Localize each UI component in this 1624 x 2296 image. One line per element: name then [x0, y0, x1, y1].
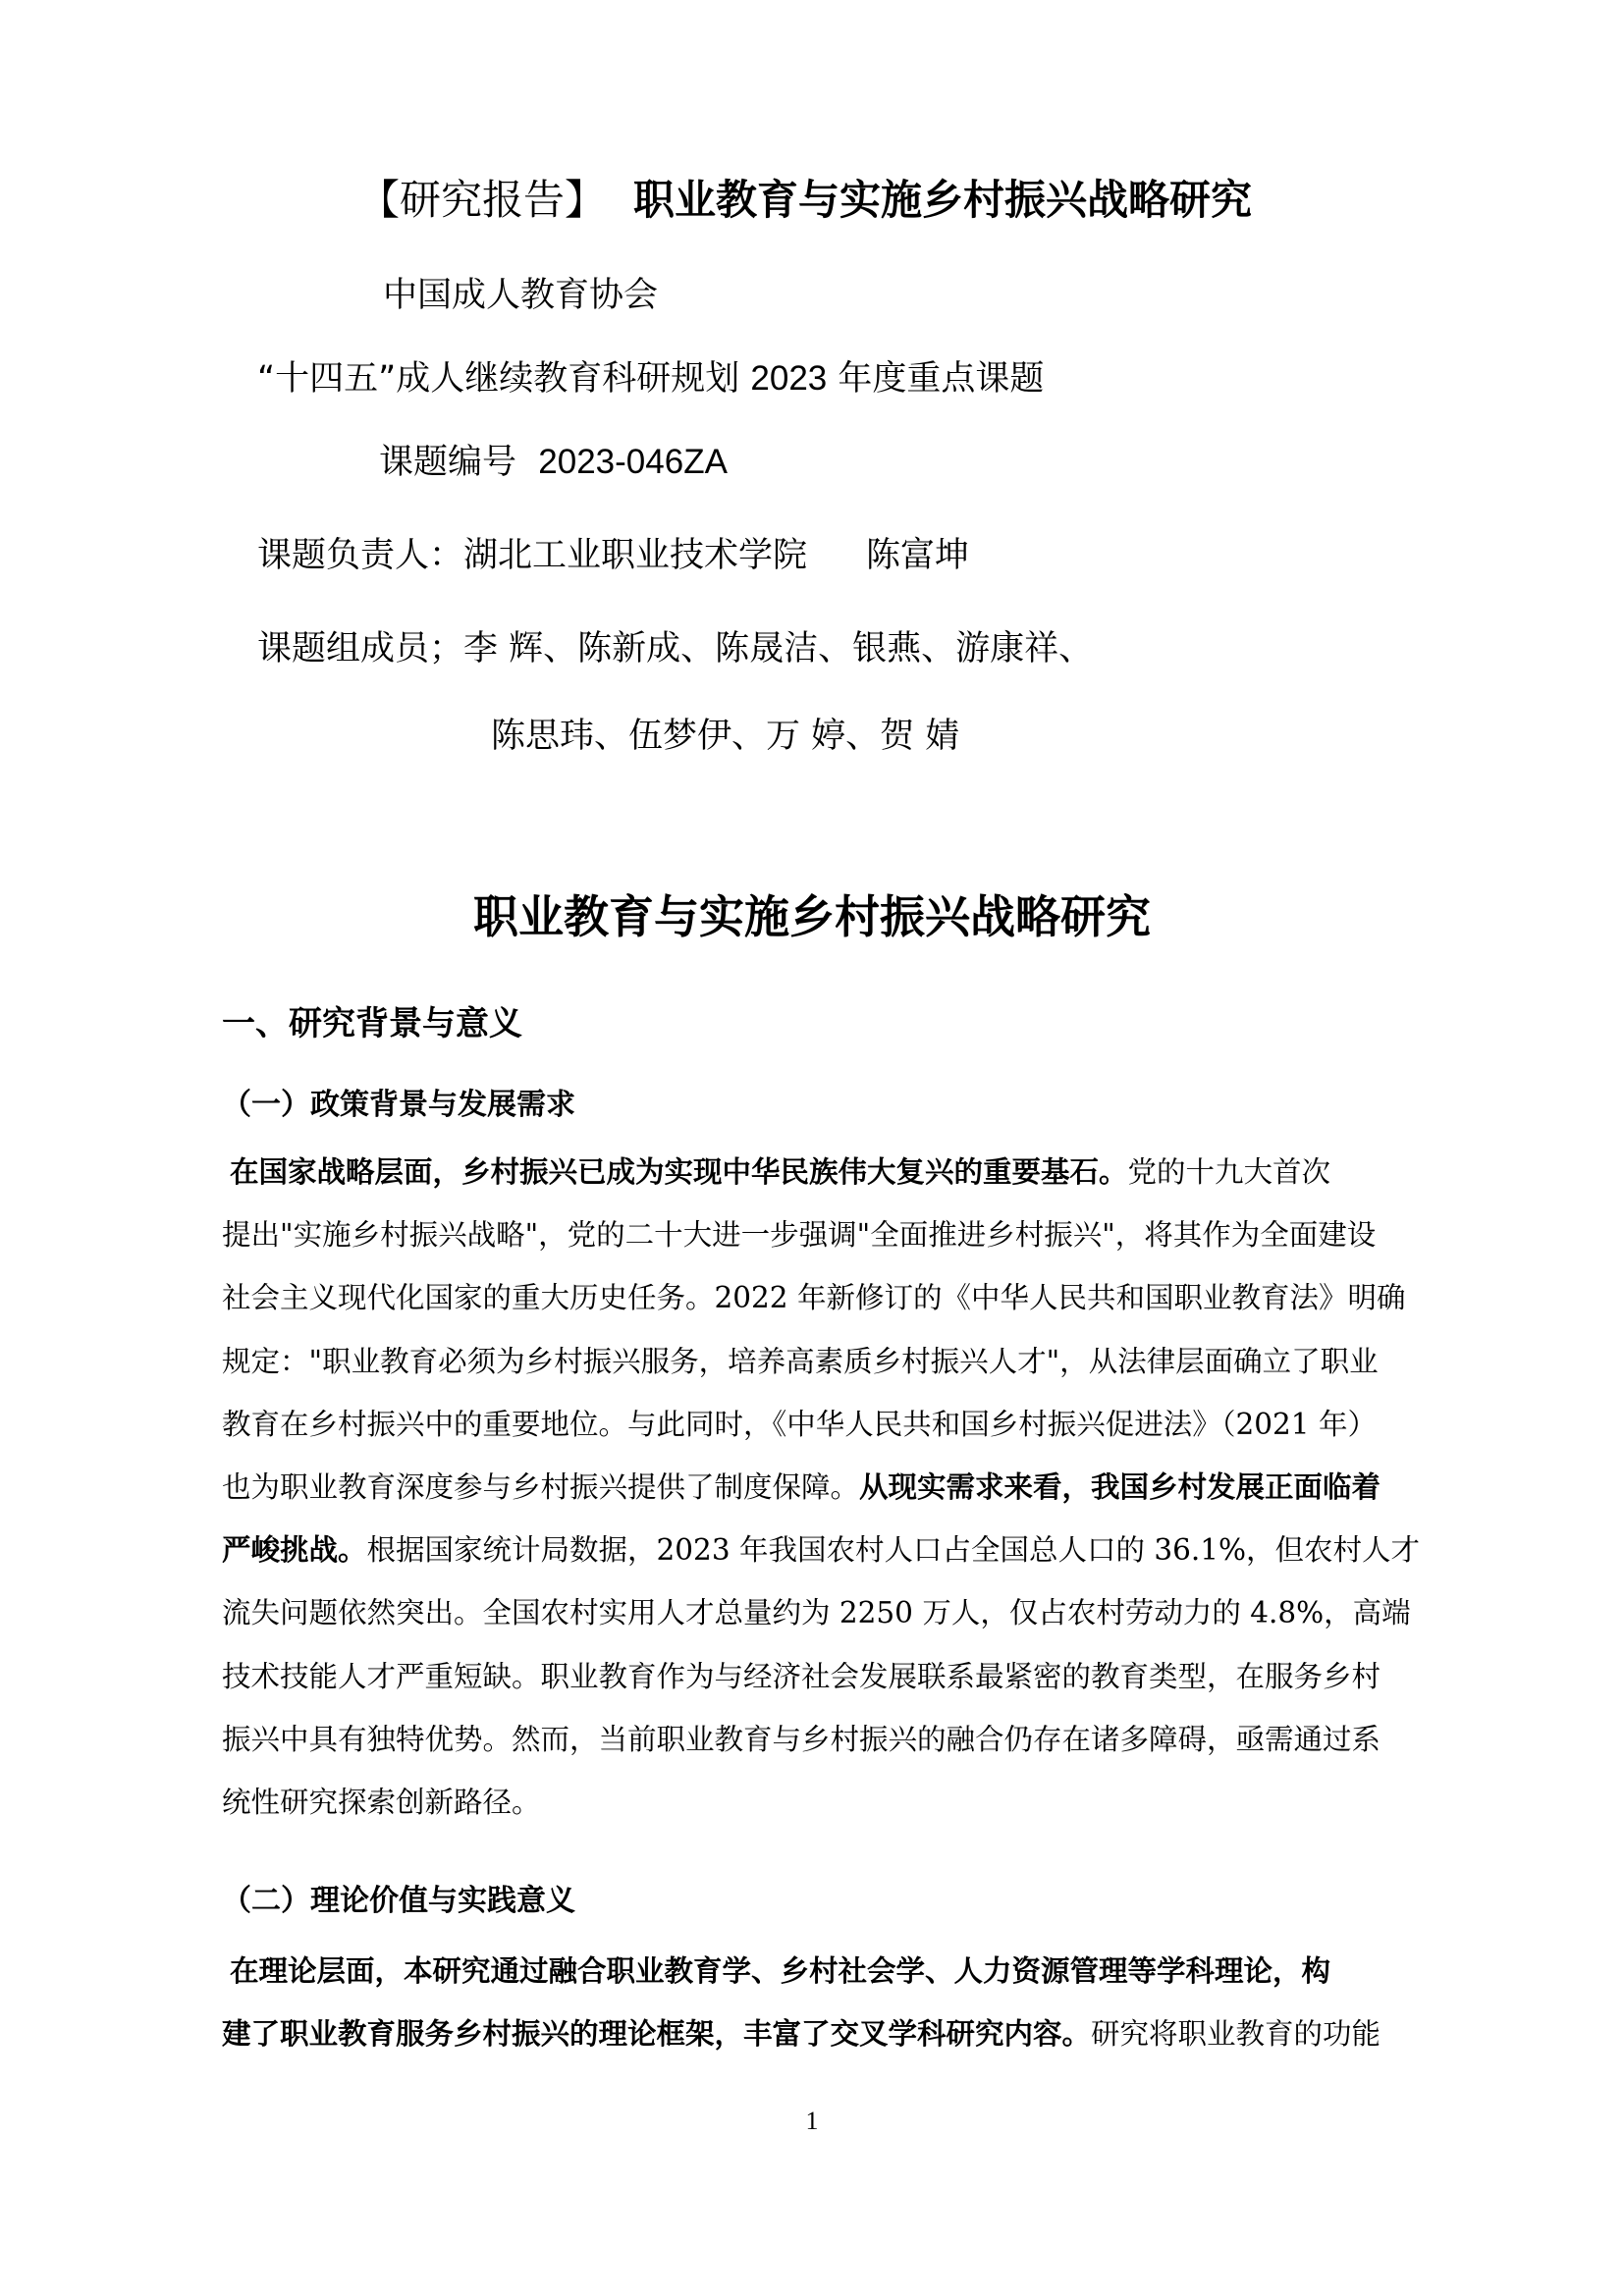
text-line: 流失问题依然突出。全国农村实用人才总量约为 2250 万人，仅占农村劳动力的 4… — [222, 1581, 1479, 1644]
project-code-label: 课题编号 — [379, 443, 516, 482]
report-tag: 【研究报告】 — [358, 176, 606, 224]
leader-label: 课题负责人： — [257, 536, 463, 575]
text-line: 也为职业教育深度参与乡村振兴提供了制度保障。从现实需求来看，我国乡村发展正面临着 — [222, 1456, 1479, 1519]
paragraph-policy-background: 在国家战略层面，乡村振兴已成为实现中华民族伟大复兴的重要基石。党的十九大首次 提… — [222, 1141, 1479, 1834]
text-line: 振兴中具有独特优势。然而，当前职业教育与乡村振兴的融合仍存在诸多障碍，亟需通过系 — [222, 1708, 1479, 1771]
subsection-heading-1: （一）政策背景与发展需求 — [222, 1085, 575, 1126]
leader-institution: 湖北工业职业技术学院 — [463, 536, 807, 575]
project-year: 2023 — [750, 359, 827, 398]
text-line: 社会主义现代化国家的重大历史任务。2022 年新修订的《中华人民共和国职业教育法… — [222, 1266, 1479, 1329]
document-title: 职业教育与实施乡村振兴战略研究 — [0, 887, 1624, 946]
text-line: 规定："职业教育必须为乡村振兴服务，培养高素质乡村振兴人才"，从法律层面确立了职… — [222, 1330, 1479, 1393]
paragraph-theoretical-value: 在理论层面，本研究通过融合职业教育学、乡村社会学、人力资源管理等学科理论，构 建… — [222, 1940, 1479, 2065]
text-line: 严峻挑战。根据国家统计局数据，2023 年我国农村人口占全国总人口的 36.1%… — [222, 1519, 1479, 1581]
text-line: 教育在乡村振兴中的重要地位。与此同时，《中华人民共和国乡村振兴促进法》（2021… — [222, 1393, 1479, 1456]
leader-line: 课题负责人：湖北工业职业技术学院陈富坤 — [257, 532, 969, 579]
report-header-title: 【研究报告】职业教育与实施乡村振兴战略研究 — [358, 173, 1252, 228]
text-line: 建了职业教育服务乡村振兴的理论框架，丰富了交叉学科研究内容。研究将职业教育的功能 — [222, 2002, 1479, 2065]
section-heading-1: 一、研究背景与意义 — [222, 1001, 522, 1046]
members-list-1: 李 辉、陈新成、陈晟洁、银燕、游康祥、 — [463, 629, 1093, 668]
document-page: 【研究报告】职业教育与实施乡村振兴战略研究 中国成人教育协会 “十四五”成人继续… — [0, 0, 1624, 2296]
text-line: 在国家战略层面，乡村振兴已成为实现中华民族伟大复兴的重要基石。党的十九大首次 — [222, 1141, 1479, 1203]
subsection-heading-2: （二）理论价值与实践意义 — [222, 1881, 575, 1922]
project-code-line: 课题编号 2023-046ZA — [379, 439, 728, 486]
page-number: 1 — [0, 2107, 1624, 2136]
report-title: 职业教育与实施乡村振兴战略研究 — [633, 176, 1252, 224]
leader-name: 陈富坤 — [866, 536, 969, 575]
text-line: 技术技能人才严重短缺。职业教育作为与经济社会发展联系最紧密的教育类型，在服务乡村 — [222, 1645, 1479, 1708]
members-label: 课题组成员； — [257, 629, 463, 668]
text-line: 统性研究探索创新路径。 — [222, 1771, 1479, 1834]
project-line-suffix: 年度重点课题 — [827, 359, 1044, 399]
text-line: 在理论层面，本研究通过融合职业教育学、乡村社会学、人力资源管理等学科理论，构 — [222, 1940, 1479, 2002]
project-line-prefix: “十四五”成人继续教育科研规划 — [257, 359, 750, 399]
project-line: “十四五”成人继续教育科研规划 2023 年度重点课题 — [257, 355, 1044, 402]
text-line: 提出"实施乡村振兴战略"，党的二十大进一步强调"全面推进乡村振兴"，将其作为全面… — [222, 1203, 1479, 1266]
members-line-2: 陈思玮、伍梦伊、万 婷、贺 婧 — [491, 713, 959, 760]
project-code: 2023-046ZA — [538, 443, 728, 481]
members-line-1: 课题组成员；李 辉、陈新成、陈晟洁、银燕、游康祥、 — [257, 625, 1093, 672]
organization: 中国成人教育协会 — [383, 272, 658, 319]
